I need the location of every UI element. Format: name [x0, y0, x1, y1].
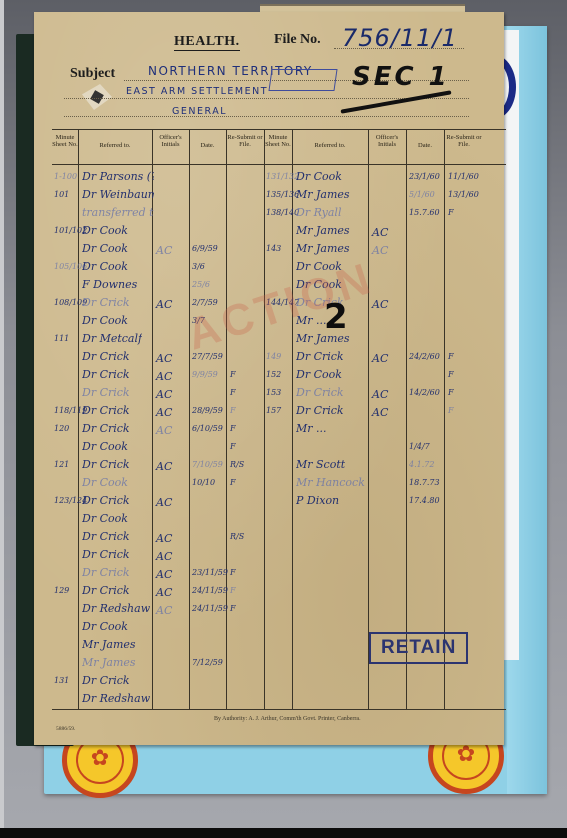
entry-initials: AC: [156, 460, 172, 473]
entry-referred: Dr Crick: [82, 368, 130, 381]
entry-referred: Dr Crick: [82, 386, 130, 399]
entry-referred: Dr Crick: [82, 674, 130, 687]
col-divider: [78, 130, 79, 710]
header-minute-sheet: Minute Sheet No.: [52, 134, 78, 148]
file-number: 756/11/1: [342, 24, 458, 52]
entry-resubmit: F: [448, 208, 454, 217]
entry-resubmit: R/S: [230, 460, 244, 469]
entry-initials: AC: [156, 406, 172, 419]
entry-referred: Mr ...: [296, 422, 327, 435]
entry-minute: 149: [266, 352, 281, 361]
subject-dotted-line-3: [64, 116, 469, 117]
subject-line-3: GENERAL: [172, 106, 227, 117]
file-no-label: File No.: [274, 32, 321, 48]
col-divider: [292, 130, 293, 710]
entry-date: 5/1/60: [409, 190, 435, 199]
file-cover: HEALTH. File No. 756/11/1 Subject NORTHE…: [34, 12, 504, 745]
crossed-out-box: [268, 69, 337, 91]
entry-initials: AC: [156, 532, 172, 545]
entry-initials: AC: [156, 298, 172, 311]
subject-label: Subject: [70, 66, 115, 82]
entry-initials: AC: [156, 550, 172, 563]
entry-date: 15.7.60: [409, 208, 440, 217]
entry-date: 3/6: [192, 262, 205, 271]
entry-date: 6/9/59: [192, 244, 218, 253]
entry-referred: Dr Crick: [82, 548, 130, 561]
entry-date: 23/11/59: [192, 568, 228, 577]
entry-referred: Mr James: [82, 638, 136, 651]
entry-referred: Dr Cook: [82, 314, 128, 327]
entry-initials: AC: [156, 352, 172, 365]
entry-referred: transferred to ...: [82, 206, 154, 219]
header-referred-to: Referred to.: [292, 142, 368, 149]
minute-register-table: Minute Sheet No. Referred to. Officer's …: [52, 129, 506, 710]
entry-resubmit: F: [230, 442, 236, 451]
printer-credit: By Authority: A. J. Arthur, Comm'th Govt…: [214, 716, 361, 722]
entry-initials: AC: [156, 244, 172, 257]
header-resubmit-file: Re-Submit or File.: [226, 134, 264, 148]
col-divider: [406, 130, 407, 710]
subject-line-2: EAST ARM SETTLEMENT: [126, 86, 268, 97]
entry-referred: Dr Crick: [296, 404, 344, 417]
entry-referred: Dr Crick: [82, 494, 130, 507]
entry-referred: Mr James: [296, 188, 350, 201]
entry-referred: Dr Crick: [296, 386, 344, 399]
entry-initials: AC: [156, 388, 172, 401]
entry-minute: 101: [54, 190, 69, 199]
entry-minute: 135/136: [266, 190, 299, 199]
file-header: HEALTH. File No. 756/11/1 Subject NORTHE…: [34, 12, 504, 130]
part-number: 2: [324, 297, 348, 337]
header-referred-to: Referred to.: [78, 142, 152, 149]
retain-stamp: RETAIN: [369, 632, 468, 664]
entry-referred: Dr Crick: [82, 296, 130, 309]
entry-referred: P Dixon: [296, 494, 339, 507]
entry-referred: Mr Scott: [296, 458, 345, 471]
torn-patch: [82, 84, 112, 110]
entry-minute: 131: [54, 676, 69, 685]
entry-referred: Dr Crick: [82, 404, 130, 417]
header-officers-initials: Officer's Initials: [152, 134, 189, 148]
col-divider: [189, 130, 190, 710]
entry-referred: Dr Crick: [82, 584, 130, 597]
entry-date: 28/9/59: [192, 406, 223, 415]
section-mark: SEC 1: [352, 62, 450, 92]
entry-referred: Dr Crick: [296, 350, 344, 363]
entry-minute: 111: [54, 334, 69, 343]
entry-referred: Dr Redshaw: [82, 602, 150, 615]
entry-date: 23/1/60: [409, 172, 440, 181]
entry-resubmit: F: [230, 406, 236, 415]
entry-referred: Dr Cook: [296, 368, 342, 381]
header-date: Date.: [189, 142, 226, 149]
entry-initials: AC: [372, 388, 388, 401]
entry-resubmit: F: [448, 406, 454, 415]
entry-referred: Dr Parsons (?): [82, 170, 154, 183]
entry-minute: 152: [266, 370, 281, 379]
department-title: HEALTH.: [174, 34, 240, 51]
entry-date: 14/2/60: [409, 388, 440, 397]
entry-referred: Dr Cook: [82, 440, 128, 453]
entry-resubmit: F: [230, 478, 236, 487]
entry-referred: Dr Weinbaum (?) — transferred to ...: [82, 188, 154, 201]
header-minute-sheet: Minute Sheet No.: [264, 134, 292, 148]
entry-date: 6/10/59: [192, 424, 223, 433]
header-officers-initials: Officer's Initials: [368, 134, 406, 148]
entry-initials: AC: [156, 568, 172, 581]
entry-resubmit: R/S: [230, 532, 244, 541]
entry-referred: Dr Metcalf: [82, 332, 142, 345]
entry-referred: Dr Cook: [82, 224, 128, 237]
entry-date: 9/9/59: [192, 370, 218, 379]
header-date: Date.: [406, 142, 444, 149]
entry-resubmit: F: [230, 604, 236, 613]
entry-referred: Mr James: [296, 224, 350, 237]
entry-date: 7/10/59: [192, 460, 223, 469]
entry-minute: 120: [54, 424, 69, 433]
entry-initials: AC: [156, 496, 172, 509]
entry-referred: Dr Crick: [82, 566, 130, 579]
entry-referred: Mr Hancock: [296, 476, 365, 489]
col-divider: [226, 130, 227, 710]
entry-date: 17.4.80: [409, 496, 440, 505]
print-code: 5886/59.: [56, 726, 75, 732]
entry-minute: 121: [54, 460, 69, 469]
col-divider: [444, 130, 445, 710]
entry-minute: 129: [54, 586, 69, 595]
entry-date: 10/10: [192, 478, 215, 487]
entry-initials: AC: [372, 352, 388, 365]
entry-minute: 153: [266, 388, 281, 397]
entry-referred: F Downes: [82, 278, 137, 291]
entry-referred: Dr Cook: [82, 512, 128, 525]
entry-minute: 157: [266, 406, 281, 415]
entry-resubmit: F: [230, 370, 236, 379]
entry-referred: Dr Crick: [82, 530, 130, 543]
entry-resubmit: 13/1/60: [448, 190, 479, 199]
entry-resubmit: 11/1/60: [448, 172, 479, 181]
entry-date: 25/6: [192, 280, 210, 289]
col-divider: [368, 130, 369, 710]
entry-initials: AC: [156, 370, 172, 383]
entry-resubmit: F: [230, 586, 236, 595]
entry-resubmit: F: [230, 424, 236, 433]
entry-date: 18.7.73: [409, 478, 440, 487]
entry-resubmit: F: [230, 388, 236, 397]
entry-initials: AC: [156, 586, 172, 599]
entry-referred: Dr Redshaw: [82, 692, 150, 705]
entry-minute: 131/132: [266, 172, 299, 181]
entry-date: 24/11/59: [192, 586, 228, 595]
entry-referred: Dr Crick: [82, 422, 130, 435]
entry-referred: Dr Cook: [82, 620, 128, 633]
entry-referred: Mr James: [82, 656, 136, 669]
entry-referred: Dr Cook: [82, 260, 128, 273]
entry-resubmit: F: [448, 388, 454, 397]
entry-resubmit: F: [448, 352, 454, 361]
entry-resubmit: F: [448, 370, 454, 379]
entry-minute: 138/140: [266, 208, 299, 217]
entry-referred: Dr Cook: [82, 242, 128, 255]
entry-referred: Dr Crick: [82, 350, 130, 363]
entry-initials: AC: [372, 244, 388, 257]
col-divider-center: [264, 130, 265, 710]
entry-initials: AC: [372, 226, 388, 239]
entry-date: 24/2/60: [409, 352, 440, 361]
scanner-edge: [0, 0, 4, 828]
entry-initials: AC: [372, 406, 388, 419]
entry-date: 4.1.72: [409, 460, 434, 469]
footer-rule: [52, 709, 506, 710]
scanner-bottom-edge: [0, 828, 567, 838]
entry-initials: AC: [156, 604, 172, 617]
entry-referred: Dr Cook: [82, 476, 128, 489]
entry-resubmit: F: [230, 568, 236, 577]
header-resubmit-file: Re-Submit or File.: [444, 134, 484, 148]
section-underline: [341, 90, 452, 113]
entry-date: 7/12/59: [192, 658, 223, 667]
entry-initials: AC: [156, 424, 172, 437]
entry-referred: Mr James: [296, 242, 350, 255]
entry-date: 1/4/7: [409, 442, 430, 451]
entry-minute: 143: [266, 244, 281, 253]
entry-referred: Dr Crick: [82, 458, 130, 471]
entry-referred: Dr Cook: [296, 170, 342, 183]
entry-minute: 1-100: [54, 172, 77, 181]
entry-referred: Dr Ryall: [296, 206, 341, 219]
entry-date: 24/11/59: [192, 604, 228, 613]
